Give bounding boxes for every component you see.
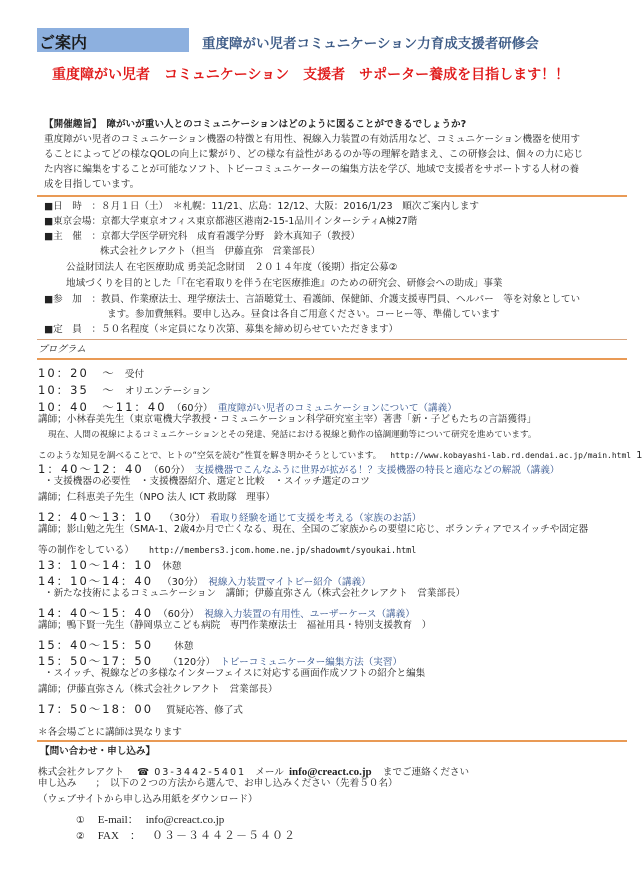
program-footnote: ＊各会場ごとに講師は異なります [38, 725, 182, 740]
event-date: ■日 時 ：８月１日（土） ＊札幌：11/21、広島：12/12、大阪：2016… [44, 199, 479, 214]
section-divider [37, 195, 627, 197]
program-item: 17：50～18：00 質疑応答、修了式 [38, 698, 243, 718]
grant-info: 公益財団法人 在宅医療助成 勇美記念財団 ２０１４年度（後期）指定公募② [66, 260, 397, 275]
capacity: ■定 員 ：５０名程度（＊定員になり次第、募集を締め切らせていただきます） [44, 322, 398, 337]
event-host-secondary: 株式会社クレアクト（担当 伊藤直弥 営業部長） [100, 244, 320, 259]
program-heading: プログラム [38, 342, 86, 357]
participants-cont: ます。参加費無料。要申し込み。昼食は各自ご用意ください。コーヒー等、準備していま… [107, 307, 500, 322]
section-divider [37, 358, 627, 360]
lecturer-info: 講師；影山勉之先生（SMA-1、2歳4か月で亡くなる、現在、全国のご家族からの要… [38, 522, 588, 537]
event-host: ■主 催 ：京都大学医学研究科 成育看護学分野 鈴木真知子（教授） [44, 229, 360, 244]
method-label: FAX ： [98, 830, 141, 842]
lecturer-info: 講師；小林春美先生（東京電機大学教授・コミュニケーション科学研究室主宰）著書「新… [38, 412, 536, 427]
event-venue: ■東京会場：京都大学東京オフィス東京都港区港南2-15-1品川インターシティA棟… [44, 214, 417, 229]
section-divider [37, 339, 627, 340]
method-number: ② [76, 831, 85, 842]
contact-heading: 【問い合わせ・申し込み】 [40, 744, 155, 759]
purpose-line: ることによってどの様なQOLの向上に繋がり、どの様な有益性があるのか等の理解を踏… [44, 147, 583, 162]
purpose-line: 重度障がい児者のコミュニケーション機器の特徴と有用性、視線入力装置の有効活用など… [44, 132, 580, 147]
apply-method-fax: ② FAX ： ０３－３４４２－５４０２ [76, 824, 296, 844]
lecturer-url[interactable]: http://members3.jcom.home.ne.jp/shadowmt… [149, 545, 416, 555]
program-bullets: ・新たな技術によるコミュニケーション 講師；伊藤直弥さん（株式会社クレアクト 営… [44, 586, 465, 601]
document-title: 重度障がい児者コミュニケーション力育成支援者研修会 [202, 32, 539, 52]
program-bullets: ・支援機器の必要性 ・支援機器紹介、選定と比較 ・スイッチ選定のコツ [44, 474, 370, 489]
purpose-line: 成を目指しています。 [44, 177, 139, 192]
program-text: 質疑応答、修了式 [166, 705, 243, 716]
lecturer-info: 講師；仁科恵美子先生（NPO 法人 ICT 救助隊 理事） [38, 490, 275, 505]
grant-program: 地域づくりを目的とした「『在宅看取りを伴う在宅医療推進』のための研究会、研修会へ… [66, 276, 503, 291]
program-bullets: ・スイッチ、視線などの多様なインターフェイスに対応する画面作成ソフトの紹介と編集 [44, 666, 425, 681]
purpose-line: た内容に編集をすることが可能なソフト、トビーコミュニケーターの編集方法を学び、地… [44, 162, 579, 177]
method-fax[interactable]: ０３－３４４２－５４０２ [152, 830, 296, 842]
program-time: 10：20 ～ [38, 366, 116, 380]
lecturer-info: 講師；鴨下賢一先生（静岡県立こども病院 専門作業療法士 福祉用具・特別支援教育 … [38, 618, 431, 633]
participants: ■参 加 ：教員、作業療法士、理学療法士、言語聴覚士、看護師、保健師、介護支援専… [44, 292, 580, 307]
purpose-heading: 【開催趣旨】 障がいが重い人とのコミュニケーションはどのように図ることができるで… [44, 117, 466, 132]
program-time: 10：35 ～ [38, 383, 116, 397]
header-label-box: ご案内 [37, 28, 189, 52]
header-label: ご案内 [39, 30, 87, 53]
tagline: 重度障がい児者 コミュニケーション 支援者 サポーター養成を目指します！！ [52, 64, 569, 84]
program-time: 17：50～18：00 [38, 702, 153, 716]
download-note: （ウェブサイトから申し込み用紙をダウンロード） [38, 792, 258, 807]
apply-instructions: 申し込み ； 以下の２つの方法から選んで、お申し込みください（先着５０名） [38, 776, 398, 791]
url-trailing-char: 1 [636, 450, 642, 461]
lecturer-info: 講師；伊藤直弥さん（株式会社クレアクト 営業部長） [38, 682, 278, 697]
section-divider [37, 740, 627, 742]
lecturer-description: 現在、人間の視線によるコミュニケーションとその発達、発話における視線と動作の協調… [48, 428, 536, 443]
